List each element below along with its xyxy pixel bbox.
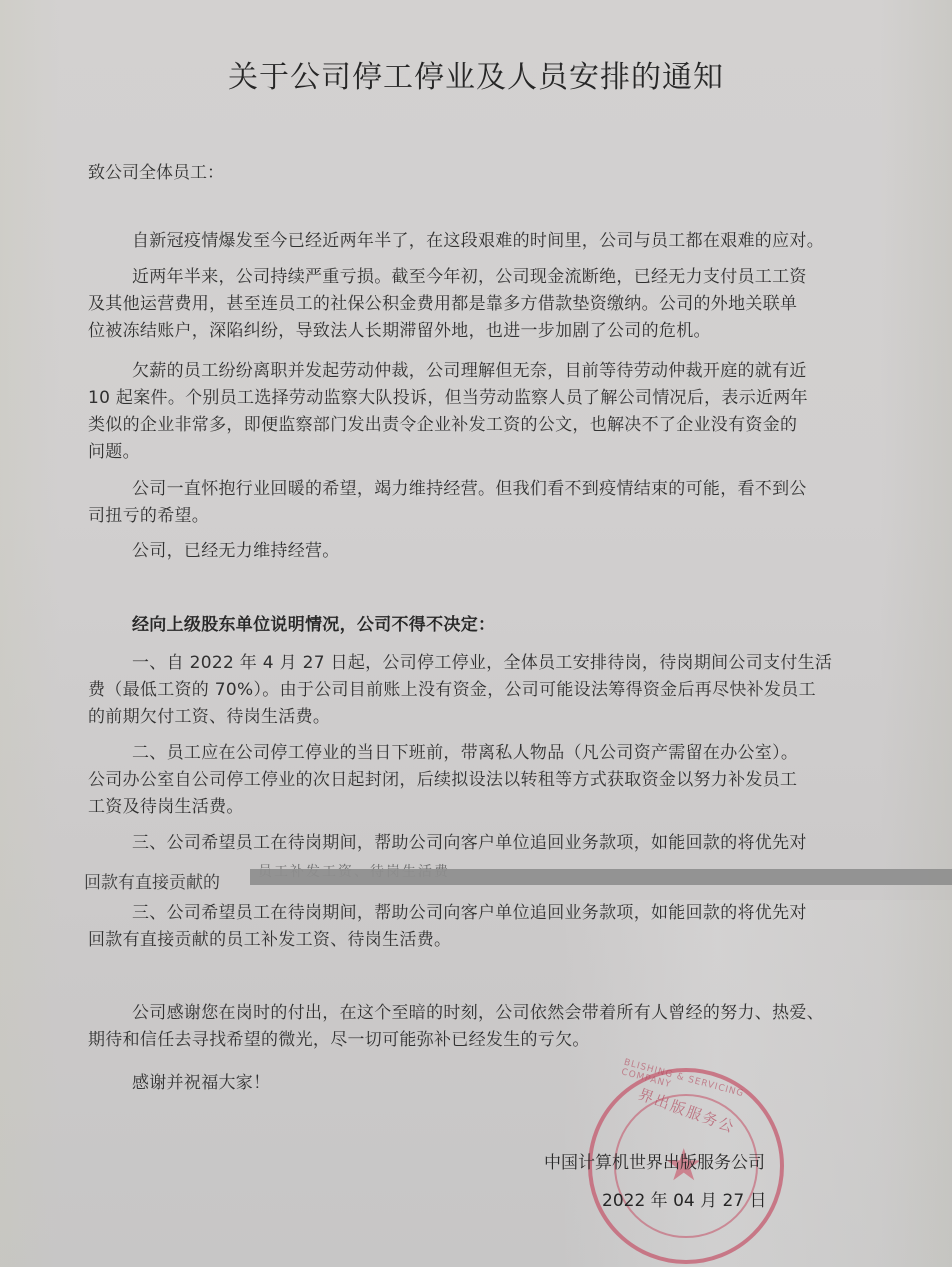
paragraph-3: 欠薪的员工纷纷离职并发起劳动仲裁，公司理解但无奈，目前等待劳动仲裁开庭的就有近 … [88, 358, 808, 466]
paragraph-line: 期待和信任去寻找希望的微光，尽一切可能弥补已经发生的亏欠。 [88, 1027, 824, 1054]
paragraph-line: 工资及待岗生活费。 [88, 794, 798, 821]
paragraph-line: 公司感谢您在岗时的付出，在这个至暗的时刻，公司依然会带着所有人曾经的努力、热爱、 [88, 1000, 824, 1027]
paragraph-4: 公司一直怀抱行业回暖的希望，竭力维持经营。但我们看不到疫情结束的可能，看不到公 … [88, 476, 807, 530]
decision-3: 三、公司希望员工在待岗期间，帮助公司向客户单位追回业务款项，如能回款的将优先对 [88, 830, 807, 857]
salutation: 致公司全体员工： [88, 158, 224, 183]
decision-heading: 经向上级股东单位说明情况，公司不得不决定： [132, 612, 495, 639]
paragraph-line: 公司，已经无力维持经营。 [132, 538, 340, 565]
paragraph-line: 的前期欠付工资、待岗生活费。 [88, 704, 832, 731]
paragraph-line: 公司一直怀抱行业回暖的希望，竭力维持经营。但我们看不到疫情结束的可能，看不到公 [88, 476, 807, 503]
thanks-line: 感谢并祝福大家！ [132, 1070, 270, 1097]
paragraph-line: 公司办公室自公司停工停业的次日起封闭，后续拟设法以转租等方式获取资金以努力补发员… [88, 767, 798, 794]
paragraph-line: 及其他运营费用，甚至连员工的社保公积金费用都是靠多方借款垫资缴纳。公司的外地关联… [88, 291, 807, 318]
paragraph-line: 10 起案件。个别员工选择劳动监察大队投诉，但当劳动监察人员了解公司情况后，表示… [88, 385, 808, 412]
paragraph-line: 欠薪的员工纷纷离职并发起劳动仲裁，公司理解但无奈，目前等待劳动仲裁开庭的就有近 [88, 358, 808, 385]
paragraph-line: 近两年半来，公司持续严重亏损。截至今年初，公司现金流断绝，已经无力支付员工工资 [88, 264, 807, 291]
paragraph-line: 类似的企业非常多，即便监察部门发出责令企业补发工资的公文，也解决不了企业没有资金… [88, 412, 808, 439]
closing-paragraph: 公司感谢您在岗时的付出，在这个至暗的时刻，公司依然会带着所有人曾经的努力、热爱、… [88, 1000, 824, 1054]
paragraph-line: 费（最低工资的 70%）。由于公司目前账上没有资金，公司可能设法筹得资金后再尽快… [88, 677, 832, 704]
paragraph-line: 自新冠疫情爆发至今已经近两年半了，在这段艰难的时间里，公司与员工都在艰难的应对。 [132, 228, 824, 255]
paragraph-line: 三、公司希望员工在待岗期间，帮助公司向客户单位追回业务款项，如能回款的将优先对 [88, 830, 807, 857]
document-title: 关于公司停工停业及人员安排的通知 [0, 52, 952, 96]
decision-3-repeat: 三、公司希望员工在待岗期间，帮助公司向客户单位追回业务款项，如能回款的将优先对 … [88, 900, 807, 954]
redaction-bar [250, 869, 952, 885]
decision-2: 二、员工应在公司停工停业的当日下班前，带离私人物品（凡公司资产需留在办公室）。 … [88, 740, 798, 821]
paragraph-line: 二、员工应在公司停工停业的当日下班前，带离私人物品（凡公司资产需留在办公室）。 [88, 740, 798, 767]
paragraph-line: 一、自 2022 年 4 月 27 日起，公司停工停业，全体员工安排待岗，待岗期… [88, 650, 832, 677]
signature-company: 中国计算机世界出版服务公司 [544, 1148, 765, 1173]
signature-date: 2022 年 04 月 27 日 [602, 1186, 767, 1211]
paragraph-2: 近两年半来，公司持续严重亏损。截至今年初，公司现金流断绝，已经无力支付员工工资 … [88, 264, 807, 345]
paragraph-5: 公司，已经无力维持经营。 [132, 538, 340, 565]
paragraph-line: 问题。 [88, 439, 808, 466]
decision-1: 一、自 2022 年 4 月 27 日起，公司停工停业，全体员工安排待岗，待岗期… [88, 650, 832, 731]
paragraph-line: 三、公司希望员工在待岗期间，帮助公司向客户单位追回业务款项，如能回款的将优先对 [88, 900, 807, 927]
paragraph-line: 位被冻结账户，深陷纠纷，导致法人长期滞留外地，也进一步加剧了公司的危机。 [88, 318, 807, 345]
paragraph-line: 回款有直接贡献的员工补发工资、待岗生活费。 [88, 927, 807, 954]
paragraph-1: 自新冠疫情爆发至今已经近两年半了，在这段艰难的时间里，公司与员工都在艰难的应对。 [132, 228, 824, 255]
redacted-line-visible: 回款有直接贡献的 [84, 868, 220, 893]
paragraph-line: 司扭亏的希望。 [88, 503, 807, 530]
